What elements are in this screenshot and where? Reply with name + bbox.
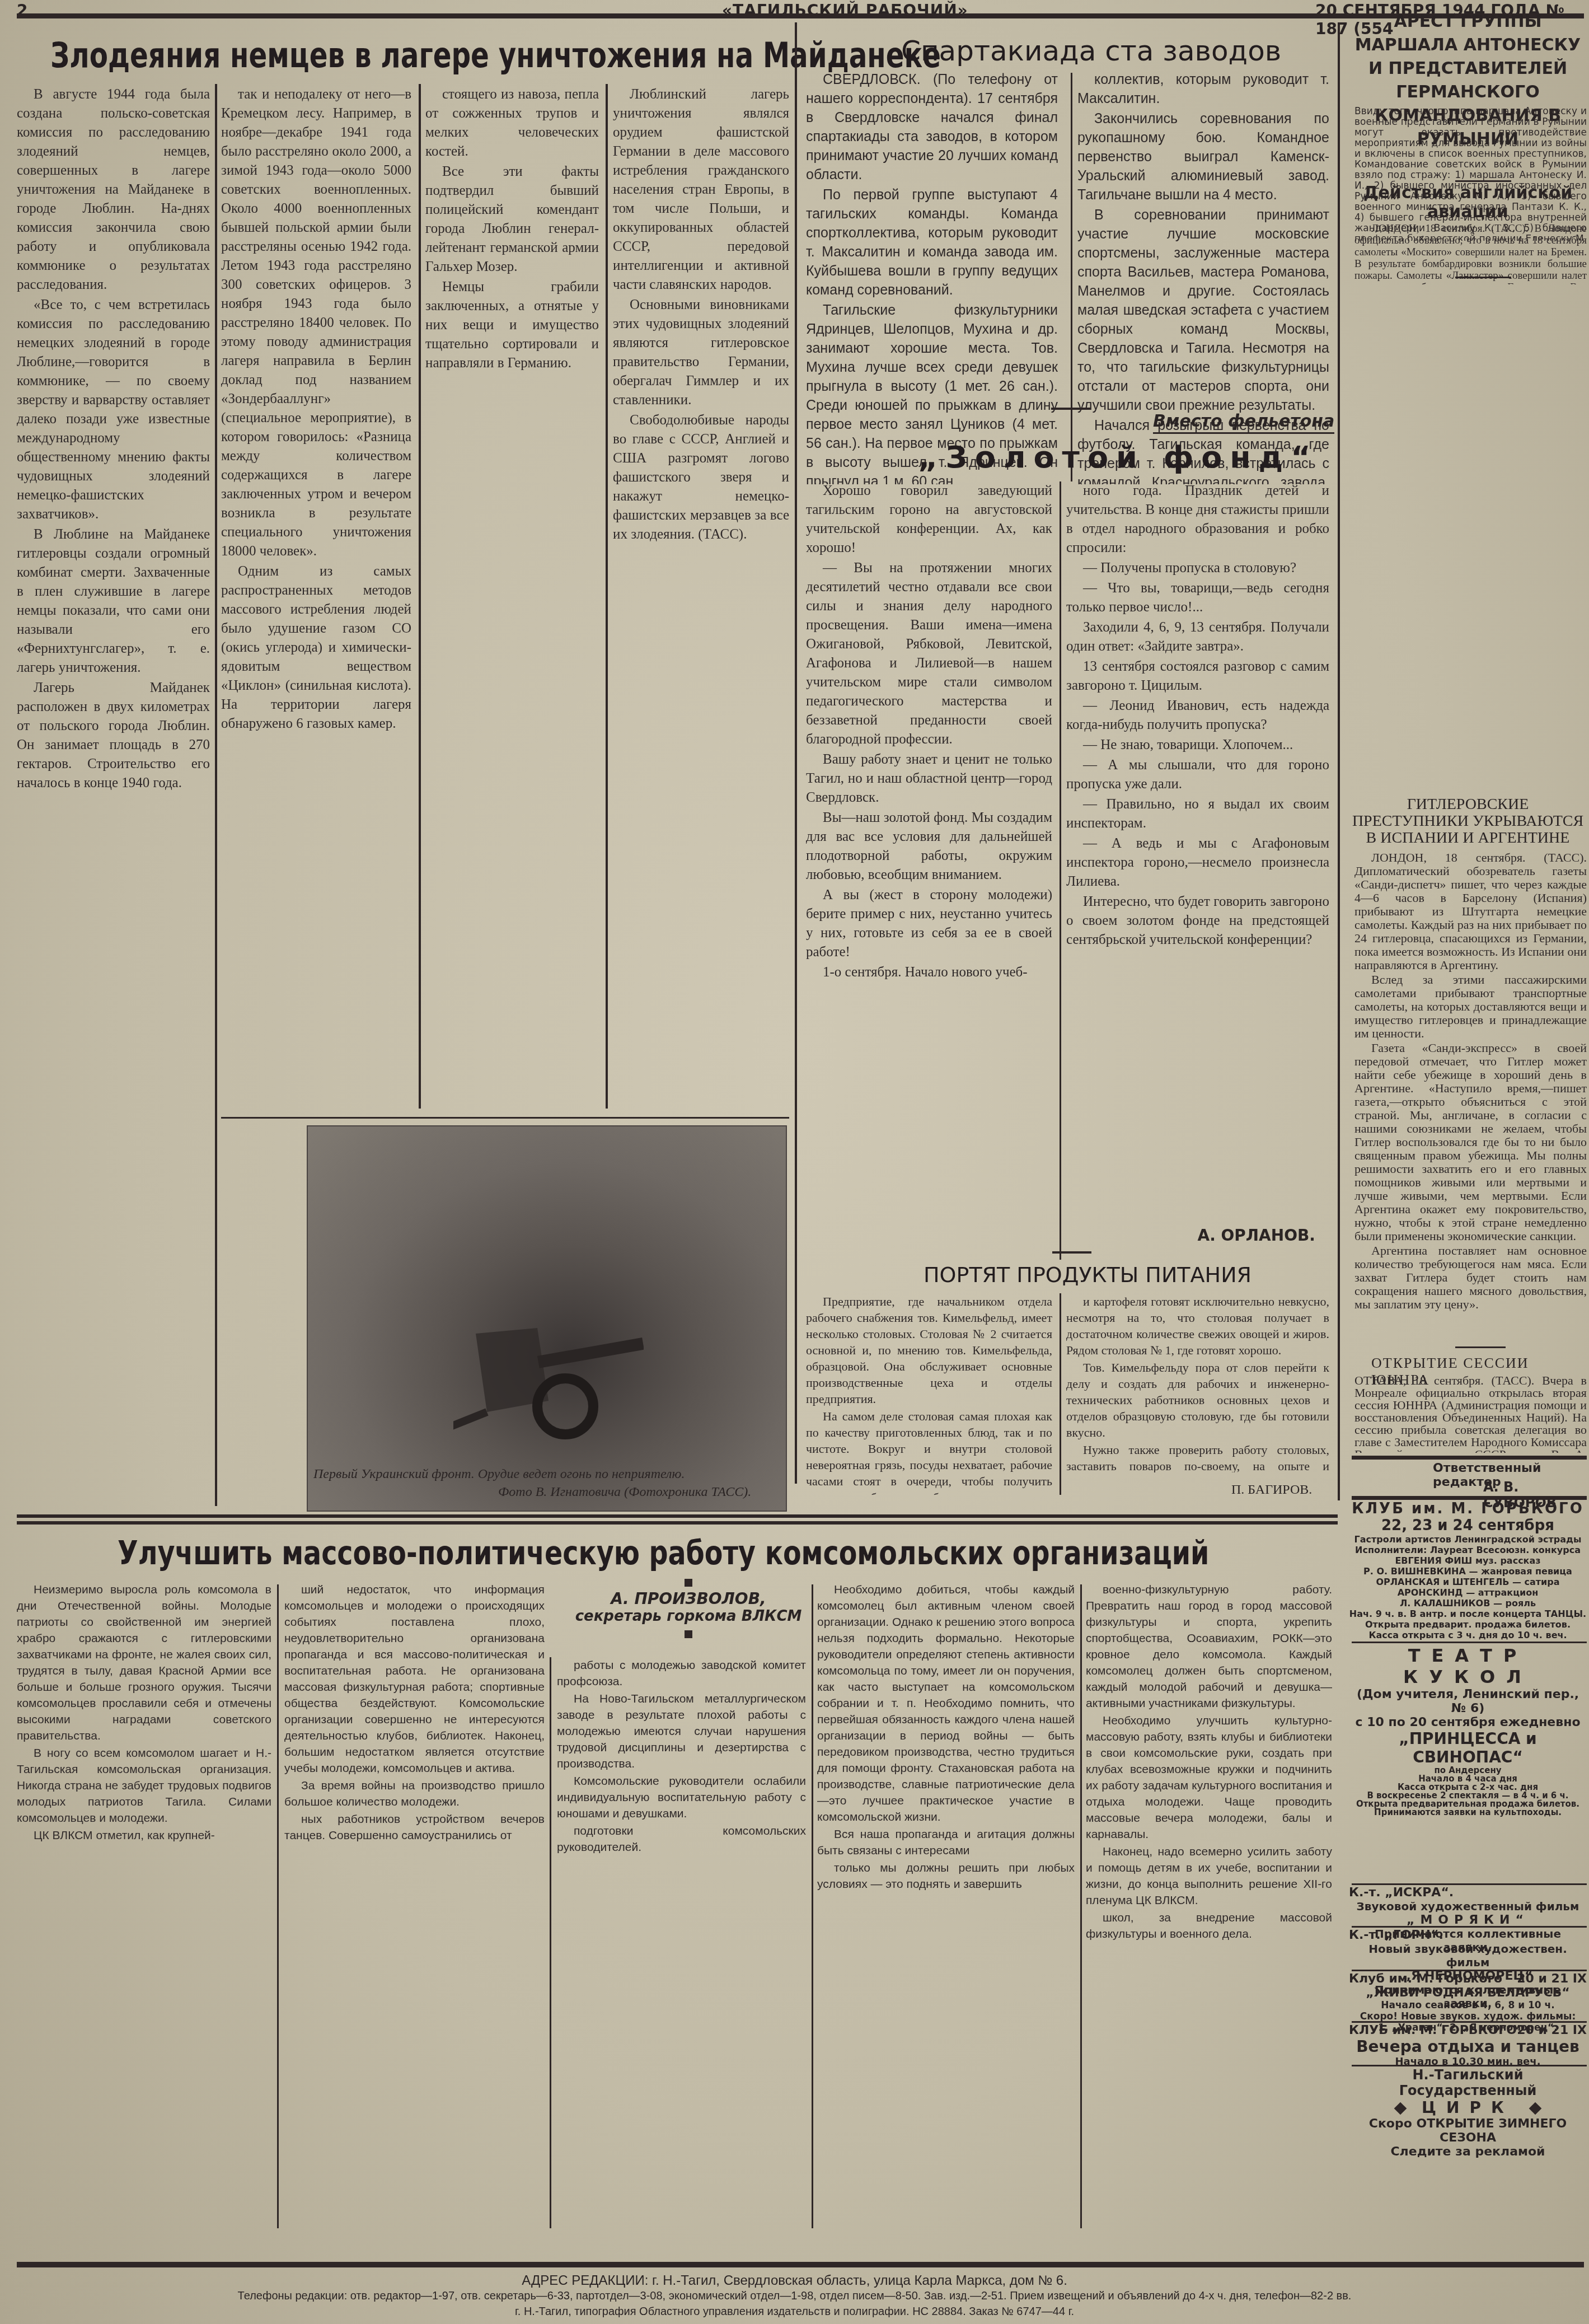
ad-divider [1352,1926,1587,1928]
komsomol-col-3: работы с молодежью заводской комитет про… [557,1657,806,2225]
section-rule [1455,277,1511,278]
majdanek-col-1: В августе 1944 года была создана польско… [17,85,210,1507]
paragraph: Все эти факты подтвердил бывший полицейс… [425,162,599,277]
ad-line: Л. КАЛАШНИКОВ — рояль [1349,1598,1587,1608]
footer-address: АДРЕС РЕДАКЦИИ: г. Н.-Тагил, Свердловска… [0,2273,1589,2289]
paragraph: работы с молодежью заводской комитет про… [557,1657,806,1690]
photo-credit: Фото В. Игнатовича (Фотохроника ТАСС). [498,1485,751,1500]
ad-dates: 20 и 21 IX [1517,1972,1587,1986]
paragraph: только мы должны решить при любых услови… [817,1860,1075,1892]
paragraph: подготовки комсомольских руководителей. [557,1823,806,1855]
komsomol-byline: А. ПРОИЗВОЛОВ, секретарь горкома ВЛКСМ [571,1579,806,1641]
majdanek-col-2: так и неподалеку от него—в Кремецком лес… [221,85,411,1104]
section-rule [1455,1346,1506,1348]
column-divider [795,22,797,1484]
paragraph: — Правильно, но я выдал их своим инспект… [1066,795,1329,833]
section-rule [1455,180,1511,182]
aviation-body: ЛОНДОН, 18 сентября. (ТАСС). В Лондоне о… [1354,223,1587,284]
paragraph: ЦК ВЛКСМ отметил, как крупней- [17,1827,271,1844]
zolotoy-author: А. ОРЛАНОВ. [1175,1226,1315,1245]
ad-divider [1352,1883,1587,1885]
ad-line: Скоро! Новые звуков. худож. фильмы: [1349,2011,1587,2022]
paragraph: Вашу работу знает и ценит не только Таги… [806,750,1052,807]
ad-line: Скоро ОТКРЫТИЕ ЗИМНЕГО СЕЗОНА [1349,2117,1587,2145]
komsomol-col-1: Неизмеримо выросла роль комсомола в дни … [17,1582,271,2225]
paragraph: — Вы на протяжении многих десятилетий че… [806,559,1052,749]
ad-line: Нач. 9 ч. в. В антр. и после концерта ТА… [1349,1608,1587,1619]
editor-rule-bottom [1352,1496,1587,1500]
paragraph: и картофеля готовят исключительно невкус… [1066,1293,1329,1358]
paragraph: военно-физкультурную работу. Превратить … [1086,1582,1332,1712]
photo-rule [221,1117,789,1119]
ad-line: Новый звуковой художествен. фильм [1349,1942,1587,1969]
paragraph: «Все то, с чем встретилась комиссия по р… [17,296,210,524]
ad-divider [1352,2021,1587,2023]
ad-line: Принимаются заявки на культпоходы. [1349,1808,1587,1817]
paragraph: ший недостаток, что информация комсомоль… [284,1582,545,1776]
paragraph: Нужно также проверить работу столовых, з… [1066,1442,1329,1472]
field-gun-image [453,1317,644,1440]
ad-subtitle: (Дом учителя, Ленинский пер., № 6) [1349,1687,1587,1715]
majdanek-col-3: стоящего из навоза, пепла от сожженных т… [425,85,599,1104]
column-divider [812,1584,813,2228]
ad-title: КЛУБ им. М. ГОРЬКОГО [1349,2023,1517,2037]
footer-rule [17,2262,1584,2267]
ad-divider [1352,1970,1587,1971]
portyat-col-2: и картофеля готовят исключительно невкус… [1066,1293,1329,1472]
ad-show-title: „ПРИНЦЕССА и СВИНОПАС“ [1349,1729,1587,1766]
ad-title: К.-т. „ГОРН“. [1349,1928,1587,1942]
komsomol-headline: Улучшить массово-политическую работу ком… [118,1534,1209,1572]
ad-line: Начало сеансов в 4, 6, 8 и 10 ч. [1349,2000,1587,2011]
column-divider [215,84,217,1506]
paragraph: ного года. Праздник детей и учительства.… [1066,481,1329,558]
paragraph: Вся наша пропаганда и агитация должны бы… [817,1826,1075,1859]
paragraph: — Что вы, товарищи,—ведь сегодня только … [1066,579,1329,617]
paragraph: СВЕРДЛОВСК. (По телефону от нашего корре… [806,70,1058,184]
ad-circus: Н.-Тагильский Государственный ЦИРК Скоро… [1349,2067,1587,2159]
paragraph: — Леонид Иванович, есть надежда когда-ни… [1066,696,1329,735]
spain-headline: ГИТЛЕРОВСКИЕ ПРЕСТУПНИКИ УКРЫВАЮТСЯ В ИС… [1349,796,1587,847]
ad-line: Звуковой художественный фильм [1349,1900,1587,1913]
paragraph: 1-о сентября. Начало нового учеб- [806,963,1052,982]
paragraph: Неизмеримо выросла роль комсомола в дни … [17,1582,271,1744]
square-bullet-icon [685,1579,692,1587]
spartakiada-col-1: СВЕРДЛОВСК. (По телефону от нашего корре… [806,70,1058,484]
paragraph: ЛОНДОН, 18 сентября. (ТАСС). В Лондоне о… [1354,223,1587,284]
feuilleton-rubric: Вместо фельетона [1153,412,1334,434]
paragraph: На самом деле столовая самая плохая как … [806,1408,1052,1495]
paragraph: — А ведь и мы с Агафоновым инспектора го… [1066,834,1329,891]
diamond-icon [1529,2102,1542,2115]
zolotoy-col-1: Хорошо говорил заведующий тагильским гор… [806,481,1052,1248]
column-divider [1060,1293,1061,1495]
zolotoy-fond-headline: „Золотой фонд“ [918,439,1319,475]
section-rule [1051,408,1090,410]
ad-line: Открыта предварит. продажа билетов. Касс… [1349,1619,1587,1640]
ad-divider [1352,1642,1587,1643]
ad-line: АРОНСКИНД — аттракцион [1349,1587,1587,1598]
ad-line: Исполнители: Лауреат Всесоюзн. конкурса … [1349,1545,1587,1566]
editor-rule-top [1352,1456,1587,1460]
komsomol-col-4: Необходимо добиться, чтобы каждый комсом… [817,1582,1075,2225]
ad-line: Гастроли артистов Ленинградской эстрады [1349,1534,1587,1545]
section-rule [1052,1251,1091,1254]
aviation-headline: Действия английской авиации [1349,184,1587,222]
column-divider [606,84,608,1109]
column-divider [550,1657,551,2228]
paragraph: 13 сентября состоялся разговор с самим з… [1066,657,1329,695]
column-divider [1071,73,1072,481]
paragraph: Лагерь Майданек расположен в двух киломе… [17,679,210,793]
ad-divider [1352,2065,1587,2066]
paragraph: Газета «Санди-экспресс» в своей передово… [1354,1041,1587,1243]
ad-puppet-theatre: ТЕАТР КУКОЛ (Дом учителя, Ленинский пер.… [1349,1645,1587,1817]
ad-title: К.-т. „ИСКРА“. [1349,1886,1587,1900]
paragraph: Аргентина поставляет нам основное количе… [1354,1244,1587,1311]
paragraph: На Ново-Тагильском металлургическом заво… [557,1691,806,1772]
column-divider [419,84,421,1109]
paragraph: В августе 1944 года была создана польско… [17,85,210,294]
paragraph: По первой группе выступают 4 тагильских … [806,185,1058,300]
paragraph: Основными виновниками этих чудовищных зл… [613,296,789,410]
square-bullet-icon [685,1630,692,1638]
paragraph: Люблинский лагерь уничтожения являлся ор… [613,85,789,294]
paragraph: так и неподалеку от него—в Кремецком лес… [221,85,411,561]
paragraph: В соревновании принимают участие лучшие … [1077,205,1329,415]
ad-club-dances: КЛУБ им. М. ГОРЬКОГО20 и 21 IX Вечера от… [1349,2023,1587,2068]
photo-caption: Первый Украинский фронт. Орудие ведет ог… [313,1467,685,1482]
komsomol-col-2: ший недостаток, что информация комсомоль… [284,1582,545,2225]
ad-show-title: „МОРЯКИ“ [1349,1913,1587,1927]
paragraph: школ, за внедрение массовой физкультуры … [1086,1910,1332,1942]
majdanek-col-4: Люблинский лагерь уничтожения являлся ор… [613,85,789,1104]
ad-line: Следите за рекламой [1349,2145,1587,2159]
ad-dates: 22, 23 и 24 сентября [1349,1517,1587,1534]
column-divider [1338,22,1340,1500]
paragraph: Немцы грабили заключенных, а отнятые у н… [425,278,599,373]
paragraph: Наконец, надо всемерно усилить заботу и … [1086,1844,1332,1909]
portyat-author: П. БАГИРОВ. [1231,1483,1312,1498]
ad-line: ОРЛАНСКАЯ и ШТЕНГЕЛЬ — сатира [1349,1577,1587,1587]
paragraph: А вы (жест в сторону молодежи) берите пр… [806,886,1052,962]
paragraph: Необходимо улучшить культурно-массовую р… [1086,1713,1332,1843]
unrra-body: ОТТАВА, 18 сентября. (ТАСС). Вчера в Мон… [1354,1374,1587,1453]
paragraph: — Не знаю, товарищи. Хлопочем... [1066,736,1329,755]
column-divider [1080,1584,1082,2228]
ad-dates: с 10 по 20 сентября ежедневно [1349,1715,1587,1729]
paragraph: Тов. Кимельфельду пора от слов перейти к… [1066,1359,1329,1441]
ad-title: Клуб им. М. Горького [1349,1972,1502,1986]
ad-title: ТЕАТР КУКОЛ [1349,1645,1587,1687]
artillery-photo [307,1125,787,1512]
newspaper-page: 2 «ТАГИЛЬСКИЙ РАБОЧИЙ» 20 СЕНТЯБРЯ 1944 … [0,0,1589,2324]
paragraph: Закончились соревнования по рукопашному … [1077,109,1329,204]
paragraph: Комсомольские руководители ослабили инди… [557,1773,806,1822]
ad-show-title: Вечера отдыха и танцев [1349,2037,1587,2056]
paragraph: Заходили 4, 6, 9, 13 сентября. Получали … [1066,618,1329,656]
footer-printer: г. Н.-Тагил, типография Областного управ… [0,2306,1589,2318]
column-divider [277,1584,279,2228]
zolotoy-col-2: ного года. Праздник детей и учительства.… [1066,481,1329,1221]
paragraph: Предприятие, где начальником отдела рабо… [806,1293,1052,1407]
section-double-rule [17,1514,1338,1525]
paragraph: Интересно, что будет говорить завгороно … [1066,892,1329,950]
ad-dates: 20 и 21 IX [1517,2023,1587,2037]
paragraph: ных работников устройством вечеров танце… [284,1811,545,1844]
paragraph: В Люблине на Майданеке гитлеровцы создал… [17,525,210,677]
ad-line: Р. О. ВИШНЕВКИНА — жанровая певица [1349,1566,1587,1577]
paragraph: За время войны на производство пришло бо… [284,1778,545,1810]
paragraph: Свободолюбивые народы во главе с СССР, А… [613,411,789,544]
paragraph: Одним из самых распространенных методов … [221,562,411,733]
paragraph: В ногу со всем комсомолом шагает и Н.-Та… [17,1745,271,1826]
paragraph: — Получены пропуска в столовую? [1066,559,1329,578]
paragraph: Вы—наш золотой фонд. Мы создадим для вас… [806,808,1052,885]
paragraph: Вслед за этими пассажирскими самолетами … [1354,973,1587,1040]
paragraph: коллектив, которым руководит т. Максалит… [1077,70,1329,108]
column-divider [1060,481,1061,1260]
ad-show-title: ЦИРК [1422,2098,1514,2117]
ad-title: КЛУБ им. М. ГОРЬКОГО [1349,1500,1587,1517]
paragraph: — А мы слышали, что для гороно пропуска … [1066,756,1329,794]
komsomol-author: А. ПРОИЗВОЛОВ, [571,1589,806,1608]
paragraph: стоящего из навоза, пепла от сожженных т… [425,85,599,161]
ad-title: Н.-Тагильский Государственный [1349,2067,1587,2098]
ad-show-title: „ЖИВИ РОДНАЯ БЕЛАРУСЬ“ [1349,1986,1587,2000]
spain-body: ЛОНДОН, 18 сентября. (ТАСС). Дипломатиче… [1354,851,1587,1338]
paragraph: ЛОНДОН, 18 сентября. (ТАСС). Дипломатиче… [1354,851,1587,972]
diamond-icon [1394,2102,1407,2115]
komsomol-col-5: военно-физкультурную работу. Превратить … [1086,1582,1332,2225]
portyat-headline: Портят продукты питания [924,1262,1251,1287]
spartakiada-headline: Спартакиада ста заводов [901,35,1281,67]
paragraph: Необходимо добиться, чтобы каждый комсом… [817,1582,1075,1825]
ad-club-gorky: КЛУБ им. М. ГОРЬКОГО 22, 23 и 24 сентябр… [1349,1500,1587,1640]
paragraph: Хорошо говорил заведующий тагильским гор… [806,481,1052,558]
footer-phones: Телефоны редакции: отв. редактор—1-97, о… [0,2290,1589,2303]
komsomol-author-title: секретарь горкома ВЛКСМ [571,1608,806,1625]
portyat-col-1: Предприятие, где начальником отдела рабо… [806,1293,1052,1495]
